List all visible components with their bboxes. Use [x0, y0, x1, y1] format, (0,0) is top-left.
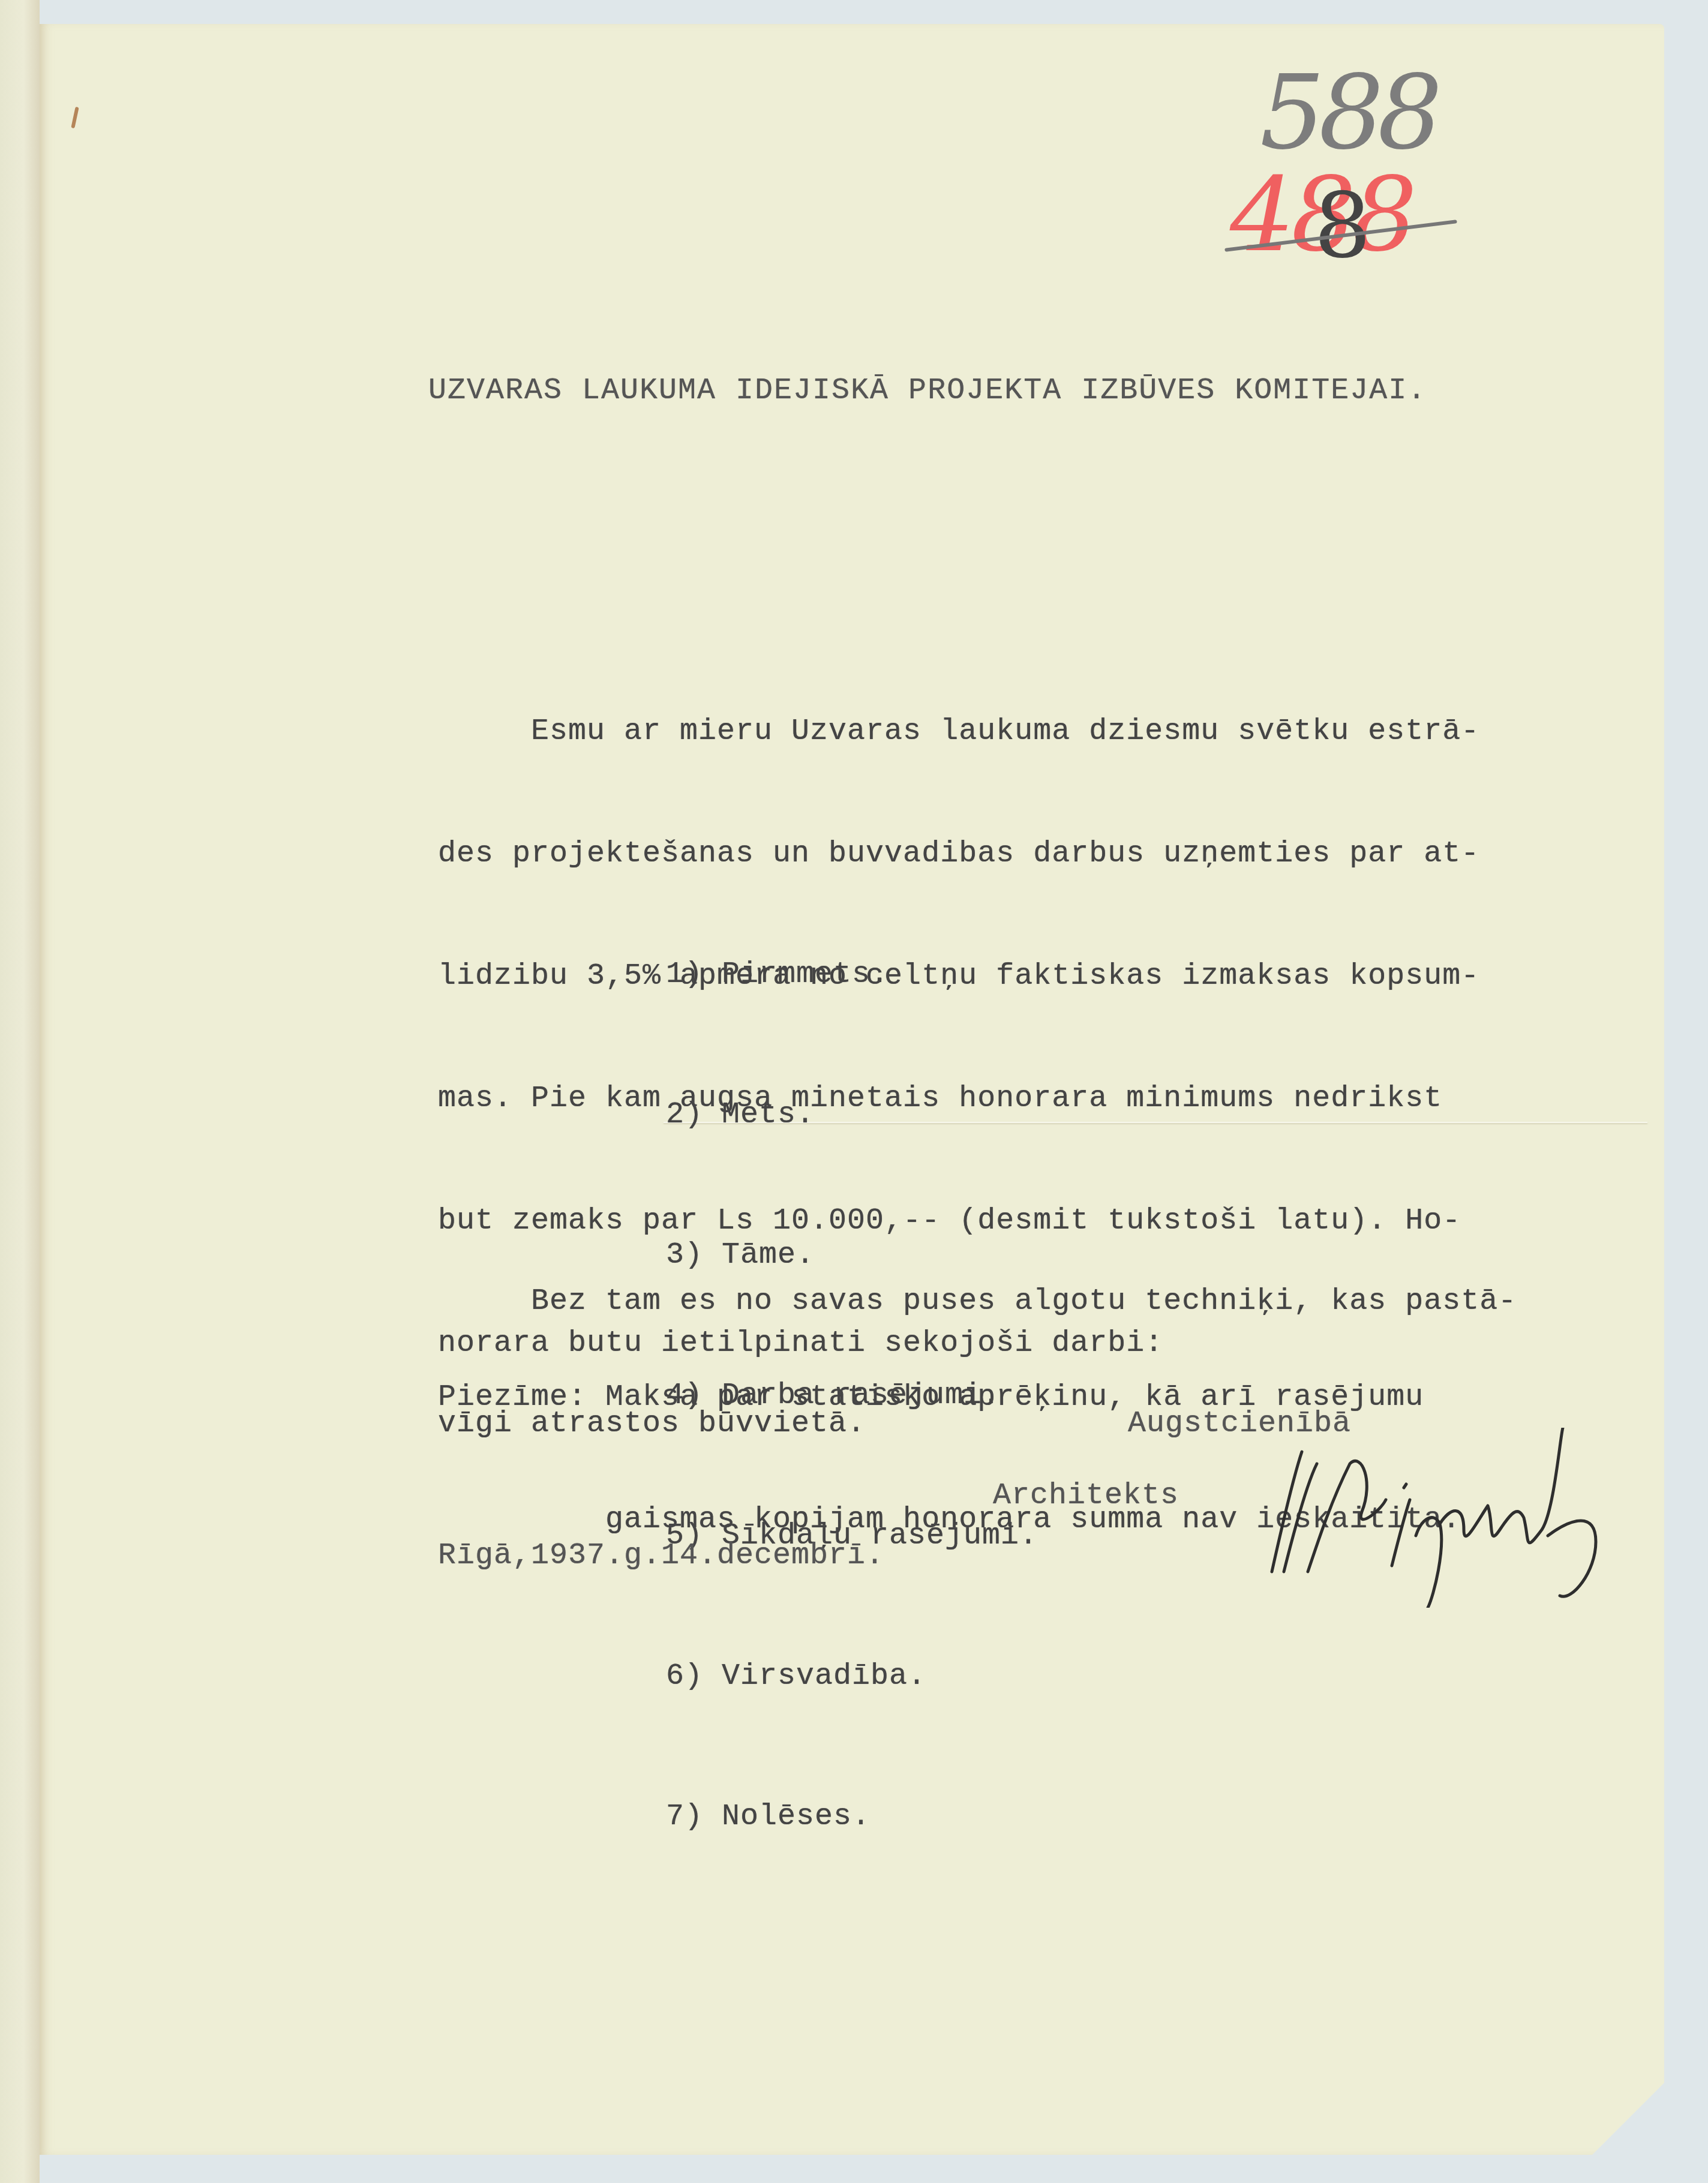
handwritten-signature: [1260, 1428, 1620, 1608]
torn-corner: [1592, 2083, 1664, 2155]
place-and-date: Rīgā,1937.g.14.decembrī.: [438, 1536, 884, 1577]
paper-stain: [71, 107, 79, 128]
item-number: 6): [666, 1659, 703, 1693]
item-label: Pirmmets.: [722, 957, 889, 992]
list-item: 7) Nolēses.: [666, 1794, 1038, 1840]
left-binding-fold: [0, 0, 40, 2183]
item-number: 7): [666, 1800, 703, 1834]
list-item: 2) Mets.: [666, 1092, 1038, 1139]
item-label: Virsvadība.: [722, 1659, 926, 1693]
signer-role: Architekts: [993, 1476, 1179, 1517]
item-label: Mets.: [722, 1098, 815, 1132]
item-number: 2): [666, 1098, 703, 1132]
letter-title: UZVARAS LAUKUMA IDEJISKĀ PROJEKTA IZBŪVE…: [428, 371, 1427, 412]
item-number: 1): [666, 957, 703, 992]
list-item: 1) Pirmmets.: [666, 951, 1038, 998]
archive-page-numbers: 588 488 8: [1224, 54, 1464, 270]
list-item: 6) Virsvadība.: [666, 1653, 1038, 1700]
pencil-overwrite-digit: 8: [1314, 174, 1371, 278]
item-label: Nolēses.: [722, 1800, 870, 1834]
pencil-page-number: 588: [1260, 54, 1436, 173]
paragraph-line: Esmu ar mieru Uzvaras laukuma dziesmu sv…: [438, 711, 1479, 752]
